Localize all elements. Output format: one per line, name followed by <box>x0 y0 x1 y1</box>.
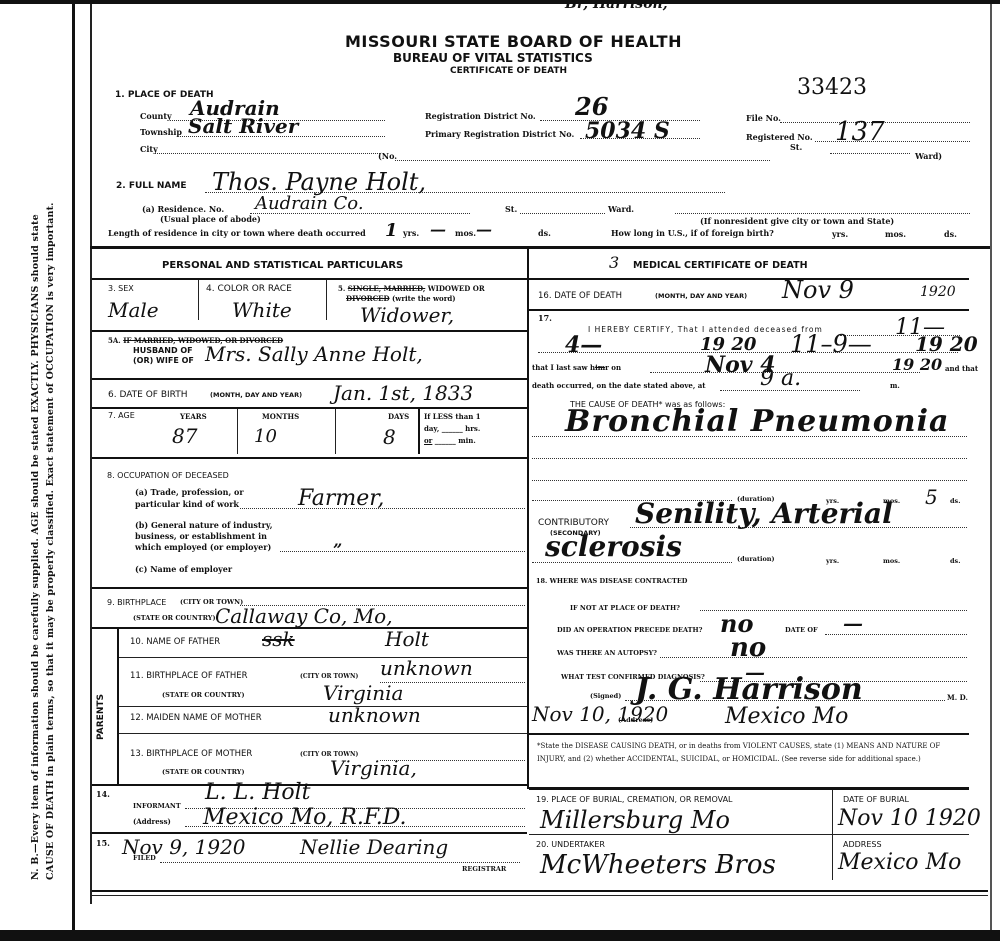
last-saw-label: that I last saw h <box>532 363 595 372</box>
us-yrs-label: yrs. <box>832 229 848 239</box>
form-doc-type: CERTIFICATE OF DEATH <box>450 66 567 76</box>
occ-a-value: Farmer, <box>298 486 384 511</box>
us-ds-label: ds. <box>944 229 957 239</box>
and-that-label: and that <box>945 364 978 373</box>
years-label: YEARS <box>180 412 207 421</box>
certificate-number: 33423 <box>797 75 867 100</box>
date-of-death-value: Nov 9 <box>782 276 854 304</box>
registrar-label: REGISTRAR <box>462 865 506 873</box>
registered-no-label: Registered No. <box>746 132 813 142</box>
residence-st-label: St. <box>505 204 517 214</box>
marital-struck-label2: DIVORCED <box>346 294 390 303</box>
physician-address-label: (Address) <box>618 716 653 724</box>
duration2-ds-label: ds. <box>950 557 960 565</box>
occ-b-label3: which employed (or employer) <box>135 542 271 552</box>
marital-label: WIDOWED OR <box>428 284 485 293</box>
days-value: 8 <box>383 425 396 449</box>
attended-from-value2: 4— <box>565 332 602 358</box>
burial-place-label: 19. PLACE OF BURIAL, CREMATION, OR REMOV… <box>536 795 733 804</box>
contributory-value2: sclerosis <box>545 530 682 563</box>
residence-label: (a) Residence. No. <box>142 204 224 214</box>
filed-num: 15. <box>96 838 110 848</box>
marital-label2: (write the word) <box>392 294 456 303</box>
death-occurred-m: m. <box>890 381 900 390</box>
occ-a-label1: (a) Trade, profession, or <box>135 487 244 497</box>
contributory-value: Senility, Arterial <box>635 497 893 530</box>
sex-label: 3. SEX <box>108 284 134 293</box>
attended-to-value: 11–9— <box>790 330 872 358</box>
less-day-label: day, <box>424 424 439 433</box>
spouse-wife-label: (OR) WIFE OF <box>133 356 194 365</box>
duration-ds-label: ds. <box>950 497 960 505</box>
duration2-yrs-label: yrs. <box>826 557 839 565</box>
undertaker-label: 20. UNDERTAKER <box>536 840 605 849</box>
undertaker-address-value: Mexico Mo <box>838 850 961 875</box>
side-note-line2: CAUSE OF DEATH in plain terms, so that i… <box>45 202 56 880</box>
registrar-value: Nellie Dearing <box>300 835 448 859</box>
spouse-husband-label: HUSBAND OF <box>133 346 193 355</box>
column-divider <box>527 249 529 789</box>
birthplace-state-label: (STATE OR COUNTRY) <box>133 614 216 622</box>
if-not-at-place-label: IF NOT AT PLACE OF DEATH? <box>570 604 680 612</box>
informant-label: INFORMANT <box>133 802 181 810</box>
mother-bp-state-label: (STATE OR COUNTRY) <box>162 768 245 776</box>
less-hrs-label: hrs. <box>465 424 480 433</box>
race-value: White <box>232 298 292 322</box>
cause-footnote: *State the DISEASE CAUSING DEATH, or in … <box>537 740 962 766</box>
certify-text: I HEREBY CERTIFY, That I attended deceas… <box>588 325 823 334</box>
mother-name-label: 12. MAIDEN NAME OF MOTHER <box>130 713 262 723</box>
form-right-border <box>990 4 992 930</box>
less-min-label: min. <box>458 436 476 445</box>
occupation-label: 8. OCCUPATION OF DECEASED <box>107 471 229 480</box>
personal-heading: PERSONAL AND STATISTICAL PARTICULARS <box>162 260 403 271</box>
medical-heading: MEDICAL CERTIFICATE OF DEATH <box>633 260 808 271</box>
sex-value: Male <box>108 298 159 322</box>
physician-signature: J. G. Harrison <box>635 672 863 707</box>
township-value: Salt River <box>188 114 298 138</box>
race-label: 4. COLOR OR RACE <box>206 284 292 294</box>
autopsy-value: no <box>730 633 766 663</box>
dob-label: 6. DATE OF BIRTH <box>108 390 188 400</box>
length-ds-label: ds. <box>538 228 551 238</box>
burial-place-value: Millersburg Mo <box>540 806 730 834</box>
filed-date-value: Nov 9, 1920 <box>122 835 246 859</box>
occ-a-label2: particular kind of work <box>135 499 239 509</box>
header-scribble: Br, Harrison, <box>565 0 668 12</box>
age-label: 7. AGE <box>108 411 135 420</box>
informant-value: L. L. Holt <box>205 780 311 805</box>
date-of-operation-value: — <box>843 611 863 635</box>
last-saw-year: 19 20 <box>892 355 942 374</box>
occ-b-value: ” <box>333 540 342 559</box>
duration2-label: (duration) <box>737 555 775 563</box>
dob-value: Jan. 1st, 1833 <box>333 381 473 405</box>
date-of-operation-label: DATE OF <box>785 626 818 634</box>
length-yrs-label: yrs. <box>403 228 419 238</box>
years-value: 87 <box>172 424 197 448</box>
dob-sub-label: (MONTH, DAY AND YEAR) <box>210 391 302 399</box>
primary-registration-label: Primary Registration District No. <box>425 129 574 139</box>
top-border <box>0 0 1000 4</box>
bottom-border <box>0 930 1000 941</box>
length-mos-label: mos. <box>455 228 476 238</box>
last-saw-mid: r on <box>605 363 621 372</box>
abode-note: (Usual place of abode) <box>160 214 261 224</box>
father-bp-city-value: unknown <box>380 656 473 680</box>
father-struck-value: ssk <box>262 627 295 651</box>
nonresident-note: (If nonresident give city or town and St… <box>700 216 894 226</box>
informant-num: 14. <box>96 789 110 799</box>
operation-label: DID AN OPERATION PRECEDE DEATH? <box>557 626 702 634</box>
certify-num: 17. <box>538 313 552 323</box>
full-name-value: Thos. Payne Holt, <box>212 168 426 196</box>
registration-district-label: Registration District No. <box>425 111 536 121</box>
date-of-death-year: 1920 <box>920 284 956 300</box>
attended-year2: 19 20 <box>915 332 978 356</box>
physician-address-value: Mexico Mo <box>725 704 848 729</box>
city-ward-label: Ward) <box>915 151 942 161</box>
md-label: M. D. <box>947 693 968 702</box>
days-label: DAYS <box>388 412 409 421</box>
primary-registration-value: 5034 S <box>585 118 670 144</box>
residence-ward-label: Ward. <box>608 204 634 214</box>
city-st-label: St. <box>790 142 802 152</box>
where-contracted-label: 18. WHERE WAS DISEASE CONTRACTED <box>536 577 687 585</box>
burial-date-label: DATE OF BURIAL <box>843 795 909 804</box>
father-name-value: Holt <box>385 627 429 651</box>
less-than-label: If LESS than 1 <box>424 412 481 421</box>
occ-c-label: (c) Name of employer <box>135 564 232 574</box>
duration2-mos-label: mos. <box>883 557 900 565</box>
occ-b-label2: business, or establishment in <box>135 531 267 541</box>
length-mos-value: — <box>430 220 446 239</box>
left-margin-rule <box>72 4 75 930</box>
mother-name-value: unknown <box>328 703 421 727</box>
mother-birthplace-label: 13. BIRTHPLACE OF MOTHER <box>130 749 252 759</box>
spouse-value: Mrs. Sally Anne Holt, <box>205 342 423 366</box>
autopsy-label: WAS THERE AN AUTOPSY? <box>557 649 657 657</box>
us-residence-label: How long in U.S., if of foreign birth? <box>611 228 774 238</box>
registered-no-value: 137 <box>835 117 885 147</box>
form-title: MISSOURI STATE BOARD OF HEALTH <box>345 32 682 51</box>
last-saw-struck: im <box>595 363 605 372</box>
father-bp-state-label: (STATE OR COUNTRY) <box>162 691 245 699</box>
birthplace-value: Callaway Co, Mo, <box>215 604 393 628</box>
father-bp-state-value: Virginia <box>323 681 403 705</box>
registration-district-value: 26 <box>575 92 608 121</box>
length-of-residence-label: Length of residence in city or town wher… <box>108 228 366 238</box>
date-of-death-sub: (MONTH, DAY AND YEAR) <box>655 292 747 300</box>
marital-value: Widower, <box>360 303 454 327</box>
birthplace-label: 9. BIRTHPLACE <box>107 598 166 607</box>
informant-address-value: Mexico Mo, R.F.D. <box>203 805 407 830</box>
county-label: County <box>140 111 172 121</box>
father-bp-city-label: (CITY OR TOWN) <box>300 673 358 680</box>
form-left-border <box>90 4 92 904</box>
section-divider <box>90 246 990 249</box>
undertaker-address-label: ADDRESS <box>843 840 882 849</box>
us-mos-label: mos. <box>885 229 906 239</box>
duration-ds-value: 5 <box>925 485 938 509</box>
months-value: 10 <box>254 426 277 447</box>
informant-address-label: (Address) <box>133 817 171 826</box>
medical-heading-mark: 3 <box>609 253 619 272</box>
length-yrs-value: 1 <box>385 220 398 241</box>
date-of-death-label: 16. DATE OF DEATH <box>538 291 622 301</box>
length-ds-value: — <box>476 220 492 239</box>
side-note-line1: N. B.—Every item of information should b… <box>30 214 41 880</box>
months-label: MONTHS <box>262 412 299 421</box>
death-occurred-value: 9 a. <box>760 366 801 391</box>
father-birthplace-label: 11. BIRTHPLACE OF FATHER <box>130 671 248 681</box>
death-occurred-label: death occurred, on the date stated above… <box>532 381 705 390</box>
father-name-label: 10. NAME OF FATHER <box>130 637 220 647</box>
form-subtitle: BUREAU OF VITAL STATISTICS <box>393 51 593 65</box>
burial-date-value: Nov 10 1920 <box>838 806 981 831</box>
parents-side-label: PARENTS <box>96 694 106 740</box>
township-label: Township <box>140 127 182 137</box>
less-or-label: or <box>424 436 432 445</box>
occ-b-label1: (b) General nature of industry, <box>135 520 273 530</box>
file-no-label: File No. <box>746 113 781 123</box>
marital-struck-label: SINGLE, MARRIED, <box>348 284 426 293</box>
cause-of-death-value: Bronchial Pneumonia <box>565 404 949 439</box>
contributory-label: CONTRIBUTORY <box>538 518 609 528</box>
full-name-label: 2. FULL NAME <box>116 181 186 191</box>
signed-label: (Signed) <box>590 692 621 700</box>
mother-bp-state-value: Virginia, <box>330 756 417 780</box>
undertaker-value: McWheeters Bros <box>540 850 776 880</box>
residence-value: Audrain Co. <box>255 193 364 214</box>
